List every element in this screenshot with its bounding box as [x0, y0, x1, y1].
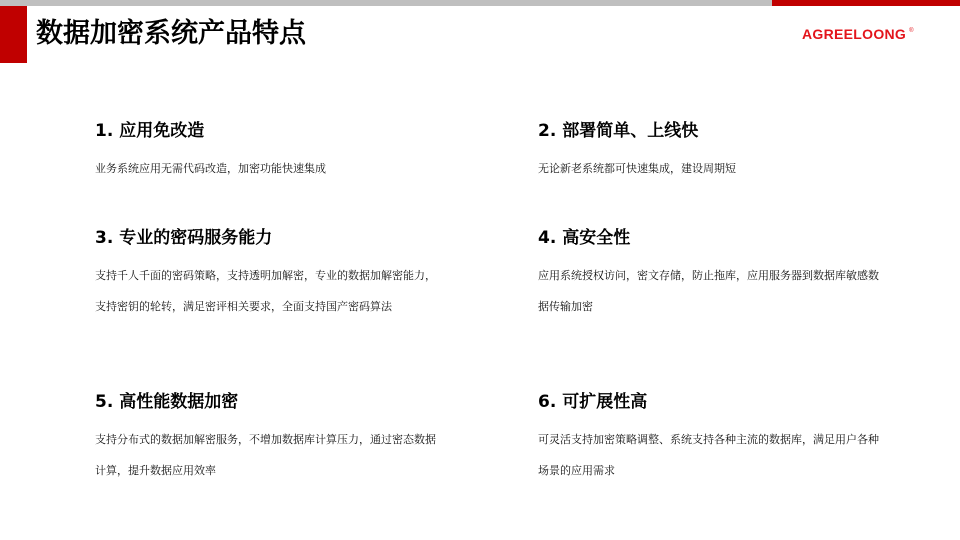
feature-crypto-service: 3. 专业的密码服务能力 支持千人千面的密码策略，支持透明加解密，专业的数据加解…: [95, 226, 440, 322]
registered-mark: ®: [909, 28, 914, 34]
top-bar-red: [772, 0, 960, 6]
feature-title: 3. 专业的密码服务能力: [95, 226, 440, 250]
feature-high-security: 4. 高安全性 应用系统授权访问，密文存储，防止拖库，应用服务器到数据库敏感数据…: [538, 226, 883, 322]
feature-high-performance: 5. 高性能数据加密 支持分布式的数据加解密服务，不增加数据库计算压力，通过密态…: [95, 390, 440, 486]
feature-title: 4. 高安全性: [538, 226, 883, 250]
feature-title: 1. 应用免改造: [95, 119, 440, 143]
feature-description: 可灵活支持加密策略调整、系统支持各种主流的数据库，满足用户各种场景的应用需求: [538, 424, 883, 486]
feature-description: 支持分布式的数据加解密服务，不增加数据库计算压力，通过密态数据计算，提升数据应用…: [95, 424, 440, 486]
brand-logo-text: AGREELOONG: [802, 26, 906, 42]
feature-title: 2. 部署简单、上线快: [538, 119, 883, 143]
feature-description: 无论新老系统都可快速集成，建设周期短: [538, 153, 883, 184]
feature-title: 5. 高性能数据加密: [95, 390, 440, 414]
top-bar-gray: [0, 0, 772, 6]
feature-easy-deployment: 2. 部署简单、上线快 无论新老系统都可快速集成，建设周期短: [538, 119, 883, 184]
slide-title: 数据加密系统产品特点: [36, 14, 306, 54]
feature-description: 业务系统应用无需代码改造，加密功能快速集成: [95, 153, 440, 184]
feature-title: 6. 可扩展性高: [538, 390, 883, 414]
feature-app-no-modification: 1. 应用免改造 业务系统应用无需代码改造，加密功能快速集成: [95, 119, 440, 184]
feature-description: 应用系统授权访问，密文存储，防止拖库，应用服务器到数据库敏感数据传输加密: [538, 260, 883, 322]
feature-description: 支持千人千面的密码策略，支持透明加解密，专业的数据加解密能力，支持密钥的轮转，满…: [95, 260, 440, 322]
brand-logo: AGREELOONG®: [802, 26, 914, 42]
title-accent-block: [0, 6, 27, 63]
feature-scalability: 6. 可扩展性高 可灵活支持加密策略调整、系统支持各种主流的数据库，满足用户各种…: [538, 390, 883, 486]
